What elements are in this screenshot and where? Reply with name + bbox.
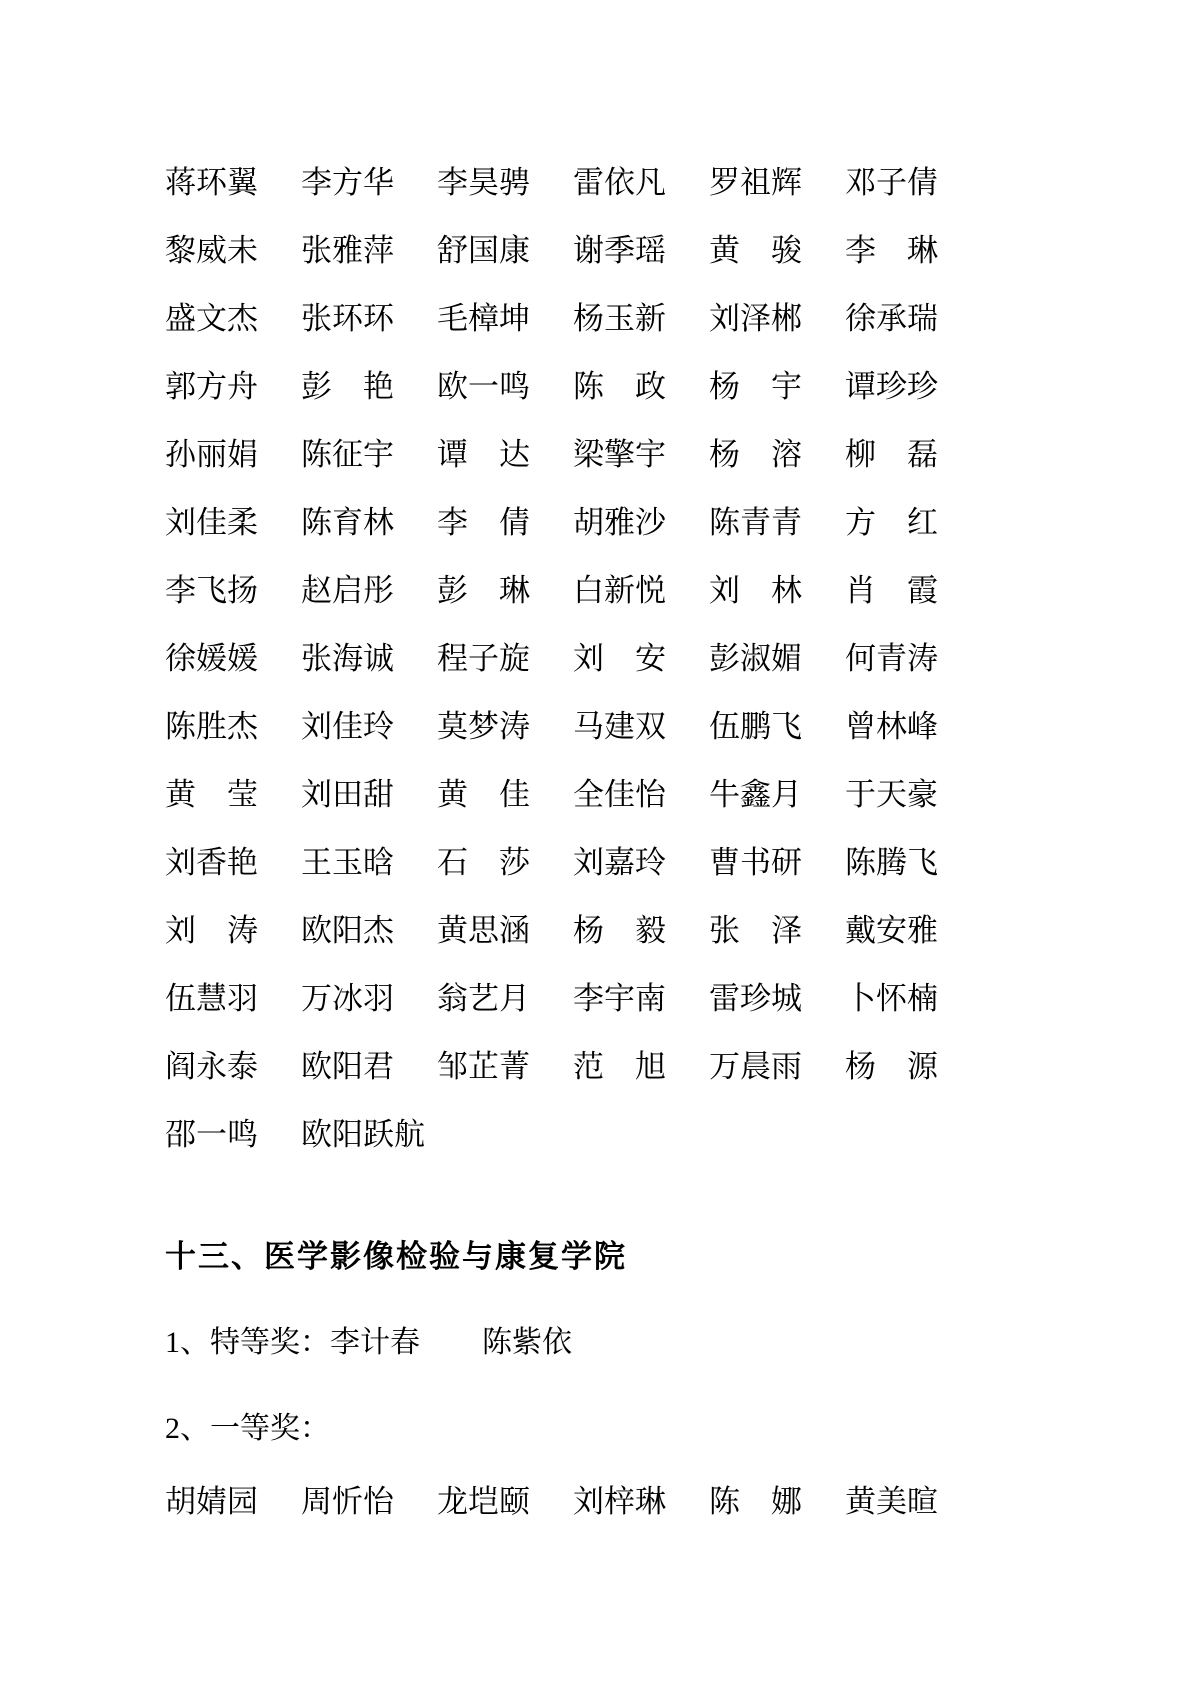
student-name: 张 泽 <box>709 915 845 946</box>
name-row: 盛文杰 张环环 毛樟坤 杨玉新 刘泽郴 徐承瑞 <box>165 284 1101 352</box>
student-name: 陈青青 <box>709 507 845 538</box>
student-name: 盛文杰 <box>165 303 301 334</box>
student-name: 陈紫依 <box>482 1325 572 1361</box>
student-name: 雷珍城 <box>709 983 845 1014</box>
student-name: 王玉晗 <box>301 847 437 878</box>
student-name: 刘香艳 <box>165 847 301 878</box>
student-name: 刘田甜 <box>301 779 437 810</box>
student-name: 于天豪 <box>845 779 981 810</box>
student-name: 郭方舟 <box>165 371 301 402</box>
name-row: 刘香艳 王玉晗 石 莎 刘嘉玲 曹书研 陈腾飞 <box>165 828 1101 896</box>
name-row: 伍慧羽 万冰羽 翁艺月 李宇南 雷珍城 卜怀楠 <box>165 964 1101 1032</box>
student-name: 白新悦 <box>573 575 709 606</box>
student-name: 程子旋 <box>437 643 573 674</box>
special-prize-label: 1、特等奖： <box>165 1326 330 1359</box>
student-name: 阎永泰 <box>165 1051 301 1082</box>
section-heading: 十三、医学影像检验与康复学院 <box>165 1238 1101 1275</box>
special-prize-line: 1、特等奖：李计春陈紫依 <box>165 1325 1101 1361</box>
award-name-list: 蒋环翼 李方华 李昊骋 雷依凡 罗祖辉 邓子倩 黎威未 张雅萍 舒国康 谢季瑶 … <box>165 148 1101 1168</box>
student-name: 谢季瑶 <box>573 235 709 266</box>
student-name: 刘泽郴 <box>709 303 845 334</box>
student-name: 李 倩 <box>437 507 573 538</box>
student-name: 陈胜杰 <box>165 711 301 742</box>
student-name: 毛樟坤 <box>437 303 573 334</box>
student-name: 谭珍珍 <box>845 371 981 402</box>
student-name: 刘嘉玲 <box>573 847 709 878</box>
student-name: 李飞扬 <box>165 575 301 606</box>
student-name: 陈征宇 <box>301 439 437 470</box>
student-name: 邓子倩 <box>845 167 981 198</box>
student-name: 邹芷菁 <box>437 1051 573 1082</box>
name-row: 陈胜杰 刘佳玲 莫梦涛 马建双 伍鹏飞 曾林峰 <box>165 692 1101 760</box>
student-name: 何青涛 <box>845 643 981 674</box>
student-name: 谭 达 <box>437 439 573 470</box>
student-name: 柳 磊 <box>845 439 981 470</box>
student-name: 万晨雨 <box>709 1051 845 1082</box>
student-name: 李 琳 <box>845 235 981 266</box>
name-row: 邵一鸣 欧阳跃航 <box>165 1100 1101 1168</box>
student-name: 李昊骋 <box>437 167 573 198</box>
student-name: 杨 毅 <box>573 915 709 946</box>
student-name: 黎威未 <box>165 235 301 266</box>
student-name: 全佳怡 <box>573 779 709 810</box>
student-name: 刘 涛 <box>165 915 301 946</box>
student-name: 杨玉新 <box>573 303 709 334</box>
student-name: 张雅萍 <box>301 235 437 266</box>
student-name: 彭 琳 <box>437 575 573 606</box>
name-row: 黄 莹 刘田甜 黄 佳 全佳怡 牛鑫月 于天豪 <box>165 760 1101 828</box>
student-name: 刘 安 <box>573 643 709 674</box>
name-row: 李飞扬 赵启彤 彭 琳 白新悦 刘 林 肖 霞 <box>165 556 1101 624</box>
first-prize-name-list: 胡婧园 周忻怡 龙垲颐 刘梓琳 陈 娜 黄美暄 <box>165 1467 1101 1535</box>
student-name: 伍慧羽 <box>165 983 301 1014</box>
student-name: 欧阳杰 <box>301 915 437 946</box>
student-name: 石 莎 <box>437 847 573 878</box>
student-name: 罗祖辉 <box>709 167 845 198</box>
student-name: 赵启彤 <box>301 575 437 606</box>
document-page: 蒋环翼 李方华 李昊骋 雷依凡 罗祖辉 邓子倩 黎威未 张雅萍 舒国康 谢季瑶 … <box>0 0 1191 1684</box>
name-row: 黎威未 张雅萍 舒国康 谢季瑶 黄 骏 李 琳 <box>165 216 1101 284</box>
name-row: 孙丽娟 陈征宇 谭 达 梁擎宇 杨 溶 柳 磊 <box>165 420 1101 488</box>
student-name: 彭淑媚 <box>709 643 845 674</box>
student-name: 刘佳玲 <box>301 711 437 742</box>
student-name: 莫梦涛 <box>437 711 573 742</box>
student-name: 陈育林 <box>301 507 437 538</box>
student-name: 杨 溶 <box>709 439 845 470</box>
student-name: 李方华 <box>301 167 437 198</box>
student-name: 胡婧园 <box>165 1486 301 1517</box>
student-name: 舒国康 <box>437 235 573 266</box>
student-name: 欧一鸣 <box>437 371 573 402</box>
first-prize-line: 2、一等奖： <box>165 1411 1101 1447</box>
student-name: 黄美暄 <box>845 1486 981 1517</box>
student-name: 曾林峰 <box>845 711 981 742</box>
student-name: 梁擎宇 <box>573 439 709 470</box>
name-row: 蒋环翼 李方华 李昊骋 雷依凡 罗祖辉 邓子倩 <box>165 148 1101 216</box>
name-row: 徐媛媛 张海诚 程子旋 刘 安 彭淑媚 何青涛 <box>165 624 1101 692</box>
name-row: 胡婧园 周忻怡 龙垲颐 刘梓琳 陈 娜 黄美暄 <box>165 1467 1101 1535</box>
student-name: 徐媛媛 <box>165 643 301 674</box>
student-name: 翁艺月 <box>437 983 573 1014</box>
name-row: 刘 涛 欧阳杰 黄思涵 杨 毅 张 泽 戴安雅 <box>165 896 1101 964</box>
student-name: 雷依凡 <box>573 167 709 198</box>
name-row: 阎永泰 欧阳君 邹芷菁 范 旭 万晨雨 杨 源 <box>165 1032 1101 1100</box>
student-name: 陈 娜 <box>709 1486 845 1517</box>
student-name: 黄 骏 <box>709 235 845 266</box>
student-name: 彭 艳 <box>301 371 437 402</box>
name-row: 郭方舟 彭 艳 欧一鸣 陈 政 杨 宇 谭珍珍 <box>165 352 1101 420</box>
student-name: 杨 源 <box>845 1051 981 1082</box>
student-name: 龙垲颐 <box>437 1486 573 1517</box>
student-name: 马建双 <box>573 711 709 742</box>
student-name: 邵一鸣 <box>165 1119 301 1150</box>
student-name: 刘梓琳 <box>573 1486 709 1517</box>
student-name: 欧阳跃航 <box>301 1119 437 1150</box>
student-name: 戴安雅 <box>845 915 981 946</box>
student-name: 范 旭 <box>573 1051 709 1082</box>
first-prize-label: 2、一等奖： <box>165 1412 330 1445</box>
student-name: 周忻怡 <box>301 1486 437 1517</box>
student-name: 黄 莹 <box>165 779 301 810</box>
student-name: 胡雅沙 <box>573 507 709 538</box>
student-name: 蒋环翼 <box>165 167 301 198</box>
student-name: 方 红 <box>845 507 981 538</box>
student-name: 万冰羽 <box>301 983 437 1014</box>
student-name: 黄 佳 <box>437 779 573 810</box>
student-name: 欧阳君 <box>301 1051 437 1082</box>
student-name: 牛鑫月 <box>709 779 845 810</box>
student-name: 李宇南 <box>573 983 709 1014</box>
student-name: 肖 霞 <box>845 575 981 606</box>
student-name: 刘 林 <box>709 575 845 606</box>
student-name: 陈 政 <box>573 371 709 402</box>
student-name: 卜怀楠 <box>845 983 981 1014</box>
student-name: 张环环 <box>301 303 437 334</box>
student-name: 李计春 <box>330 1325 420 1361</box>
student-name: 伍鹏飞 <box>709 711 845 742</box>
student-name: 曹书研 <box>709 847 845 878</box>
name-row: 刘佳柔 陈育林 李 倩 胡雅沙 陈青青 方 红 <box>165 488 1101 556</box>
student-name: 孙丽娟 <box>165 439 301 470</box>
student-name: 徐承瑞 <box>845 303 981 334</box>
student-name: 刘佳柔 <box>165 507 301 538</box>
student-name: 杨 宇 <box>709 371 845 402</box>
student-name: 陈腾飞 <box>845 847 981 878</box>
student-name: 张海诚 <box>301 643 437 674</box>
student-name: 黄思涵 <box>437 915 573 946</box>
